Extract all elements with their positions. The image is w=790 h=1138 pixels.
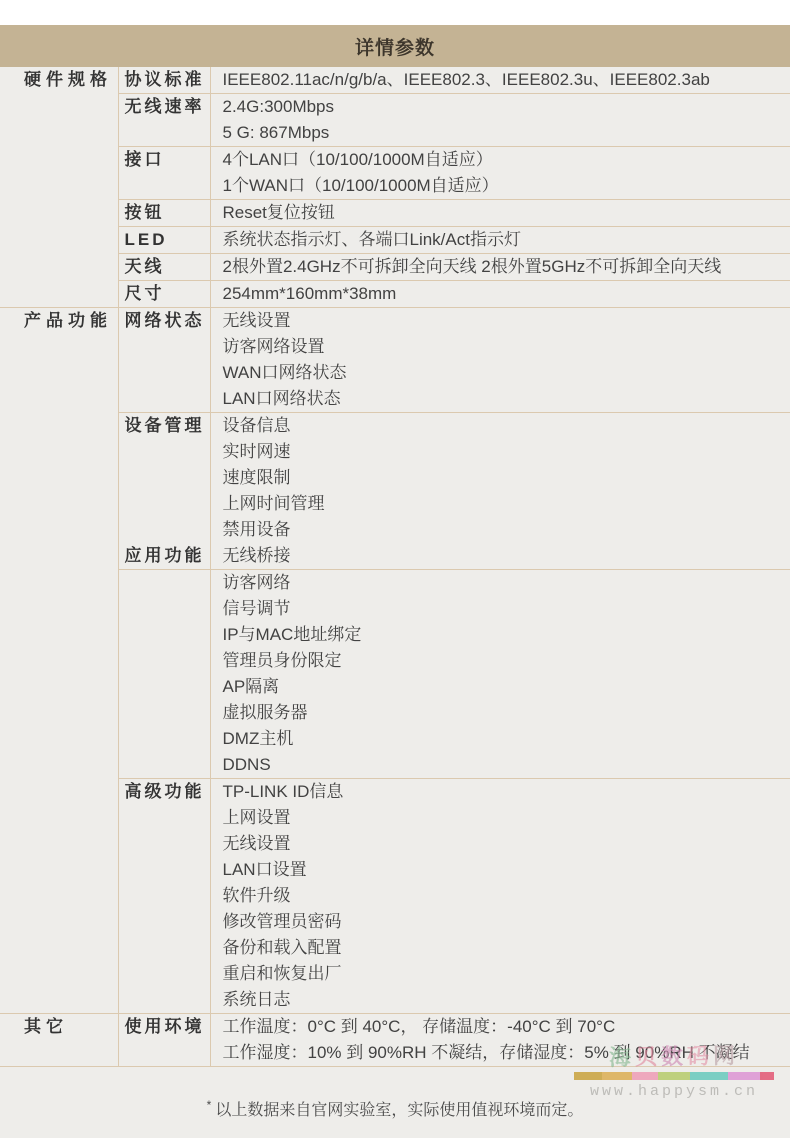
spec-label-cell: 按钮 xyxy=(118,200,210,227)
spec-value-line: 虚拟服务器 xyxy=(223,700,790,726)
spec-label-cell: 天线 xyxy=(118,254,210,281)
spec-value-line: 管理员身份限定 xyxy=(223,648,790,674)
watermark: 海贝数码网 www.happysm.cn xyxy=(568,1045,780,1101)
spec-label-cell: LED xyxy=(118,227,210,254)
spec-value-line: DDNS xyxy=(223,752,790,778)
bar-segment xyxy=(632,1072,658,1080)
spec-value-line: Reset复位按钮 xyxy=(223,200,790,226)
page-title: 详情参数 xyxy=(355,33,435,60)
footer-area: 海贝数码网 www.happysm.cn *以上数据来自官网实验室，实际使用值视… xyxy=(0,1067,790,1120)
watermark-char: 数 xyxy=(661,1044,687,1070)
spec-value-cell: 系统状态指示灯、各端口Link/Act指示灯 xyxy=(210,227,790,254)
watermark-site-url: www.happysm.cn xyxy=(568,1083,780,1101)
bar-segment xyxy=(602,1072,632,1080)
spec-value-line: 2根外置2.4GHz不可拆卸全向天线 2根外置5GHz不可拆卸全向天线 xyxy=(223,254,790,280)
spec-value-cell: 4个LAN口（10/100/1000M自适应） 1个WAN口（10/100/10… xyxy=(210,147,790,200)
bar-segment xyxy=(728,1072,760,1080)
spec-value-line: LAN口网络状态 xyxy=(223,386,790,412)
category-label: 产品功能 xyxy=(24,308,118,334)
spec-label-cell: 网络状态 xyxy=(118,308,210,413)
spec-value-line: 无线设置 xyxy=(223,308,790,334)
spec-value-line: 4个LAN口（10/100/1000M自适应） xyxy=(223,147,790,173)
table-row: 按钮 Reset复位按钮 xyxy=(0,200,790,227)
spec-value-line: LAN口设置 xyxy=(223,857,790,883)
table-row: 接口 4个LAN口（10/100/1000M自适应） 1个WAN口（10/100… xyxy=(0,147,790,200)
spec-table: 硬件规格 协议标准 IEEE802.11ac/n/g/b/a、IEEE802.3… xyxy=(0,67,790,1067)
spec-value-line: 软件升级 xyxy=(223,883,790,909)
spec-value-line: 修改管理员密码 xyxy=(223,909,790,935)
spec-value-line: 254mm*160mm*38mm xyxy=(223,281,790,307)
footnote-text: 以上数据来自官网实验室，实际使用值视环境而定。 xyxy=(215,1102,583,1119)
spec-value-cell: TP-LINK ID信息 上网设置 无线设置 LAN口设置 软件升级 修改管理员… xyxy=(210,779,790,1014)
spec-value-cell: Reset复位按钮 xyxy=(210,200,790,227)
watermark-char: 网 xyxy=(713,1043,739,1069)
spec-value-cell: 254mm*160mm*38mm xyxy=(210,281,790,308)
spec-label: 高级功能 xyxy=(125,779,210,805)
category-cell-other: 其它 xyxy=(0,1014,118,1067)
bar-segment xyxy=(658,1072,690,1080)
table-row: 硬件规格 协议标准 IEEE802.11ac/n/g/b/a、IEEE802.3… xyxy=(0,67,790,94)
spec-label-cell: 设备管理 应用功能 xyxy=(118,413,210,570)
spec-value-line: TP-LINK ID信息 xyxy=(223,779,790,805)
spec-label: 接口 xyxy=(125,147,210,173)
spec-value-cell: 2.4G:300Mbps 5 G: 867Mbps xyxy=(210,94,790,147)
category-cell-features: 产品功能 xyxy=(0,308,118,1014)
table-row: 无线速率 2.4G:300Mbps 5 G: 867Mbps xyxy=(0,94,790,147)
spec-value-line: 2.4G:300Mbps xyxy=(223,94,790,120)
spec-value-line: AP隔离 xyxy=(223,674,790,700)
spec-value-line: 无线设置 xyxy=(223,831,790,857)
spec-label-secondary: 应用功能 xyxy=(125,543,205,569)
spec-value-line: DMZ主机 xyxy=(223,726,790,752)
spec-label-cell: 协议标准 xyxy=(118,67,210,94)
spec-value-line: IEEE802.11ac/n/g/b/a、IEEE802.3、IEEE802.3… xyxy=(223,67,790,93)
table-row: LED 系统状态指示灯、各端口Link/Act指示灯 xyxy=(0,227,790,254)
watermark-char: 码 xyxy=(687,1043,713,1069)
spec-label: 按钮 xyxy=(125,200,210,226)
spec-value-line: 重启和恢复出厂 xyxy=(223,961,790,987)
table-row: 产品功能 网络状态 无线设置 访客网络设置 WAN口网络状态 LAN口网络状态 xyxy=(0,308,790,413)
spec-value-line: 系统日志 xyxy=(223,987,790,1013)
spec-value-line: 1个WAN口（10/100/1000M自适应） xyxy=(223,173,790,199)
spec-label-cell: 尺寸 xyxy=(118,281,210,308)
spec-value-line: 速度限制 xyxy=(223,465,790,491)
spec-value-line: 工作温度：0°C 到 40°C， 存储温度：-40°C 到 70°C xyxy=(223,1014,790,1040)
spec-label: LED xyxy=(125,227,210,253)
watermark-color-bar xyxy=(574,1072,774,1080)
spec-value-line: 设备信息 xyxy=(223,413,790,439)
page-title-band: 详情参数 xyxy=(0,25,790,67)
bar-segment xyxy=(690,1072,728,1080)
footnote-asterisk: * xyxy=(207,1098,212,1112)
spec-value-line: 实时网速 xyxy=(223,439,790,465)
spec-value-line: 信号调节 xyxy=(223,596,790,622)
spec-label: 协议标准 xyxy=(125,67,210,93)
bar-segment xyxy=(760,1072,774,1080)
category-cell-hardware: 硬件规格 xyxy=(0,67,118,308)
spec-label-cell-empty xyxy=(118,570,210,779)
spec-value-cell: IEEE802.11ac/n/g/b/a、IEEE802.3、IEEE802.3… xyxy=(210,67,790,94)
spec-label-cell: 接口 xyxy=(118,147,210,200)
watermark-char: 海 xyxy=(609,1045,635,1071)
spec-sheet-page: 详情参数 硬件规格 协议标准 IEEE802.11ac/n/g/b/a、IEEE… xyxy=(0,0,790,1138)
category-label: 其它 xyxy=(24,1014,118,1040)
spec-value-line: 系统状态指示灯、各端口Link/Act指示灯 xyxy=(223,227,790,253)
category-label: 硬件规格 xyxy=(24,67,118,93)
spec-label-cell: 使用环境 xyxy=(118,1014,210,1067)
spec-value-cell: 访客网络 信号调节 IP与MAC地址绑定 管理员身份限定 AP隔离 虚拟服务器 … xyxy=(210,570,790,779)
table-row: 天线 2根外置2.4GHz不可拆卸全向天线 2根外置5GHz不可拆卸全向天线 xyxy=(0,254,790,281)
spec-value-line: 5 G: 867Mbps xyxy=(223,120,790,146)
spec-label: 天线 xyxy=(125,254,210,280)
watermark-site-name: 海贝数码网 xyxy=(568,1043,780,1071)
table-row: 访客网络 信号调节 IP与MAC地址绑定 管理员身份限定 AP隔离 虚拟服务器 … xyxy=(0,570,790,779)
bar-segment xyxy=(574,1072,602,1080)
spec-value-cell: 无线设置 访客网络设置 WAN口网络状态 LAN口网络状态 xyxy=(210,308,790,413)
spec-value-line: 备份和载入配置 xyxy=(223,935,790,961)
spec-value-line: 无线桥接 xyxy=(223,543,790,569)
spec-value-line: 上网设置 xyxy=(223,805,790,831)
spec-value-line: 访客网络设置 xyxy=(223,334,790,360)
spec-label-cell: 无线速率 xyxy=(118,94,210,147)
spec-label: 无线速率 xyxy=(125,94,210,120)
spec-value-line: 访客网络 xyxy=(223,570,790,596)
spec-value-line: IP与MAC地址绑定 xyxy=(223,622,790,648)
spec-label: 网络状态 xyxy=(125,308,210,334)
spec-sheet-content: 详情参数 硬件规格 协议标准 IEEE802.11ac/n/g/b/a、IEEE… xyxy=(0,25,790,1138)
table-row: 尺寸 254mm*160mm*38mm xyxy=(0,281,790,308)
spec-label: 尺寸 xyxy=(125,281,210,307)
spec-label-cell: 高级功能 xyxy=(118,779,210,1014)
spec-label: 设备管理 xyxy=(125,413,210,439)
table-row: 高级功能 TP-LINK ID信息 上网设置 无线设置 LAN口设置 软件升级 … xyxy=(0,779,790,1014)
spec-value-line: WAN口网络状态 xyxy=(223,360,790,386)
spec-value-line: 禁用设备 xyxy=(223,517,790,543)
spec-label: 使用环境 xyxy=(125,1014,210,1040)
watermark-char: 贝 xyxy=(635,1044,661,1070)
spec-value-cell: 2根外置2.4GHz不可拆卸全向天线 2根外置5GHz不可拆卸全向天线 xyxy=(210,254,790,281)
spec-value-cell: 设备信息 实时网速 速度限制 上网时间管理 禁用设备 无线桥接 xyxy=(210,413,790,570)
table-row: 设备管理 应用功能 设备信息 实时网速 速度限制 上网时间管理 禁用设备 无线桥… xyxy=(0,413,790,570)
spec-value-line: 上网时间管理 xyxy=(223,491,790,517)
